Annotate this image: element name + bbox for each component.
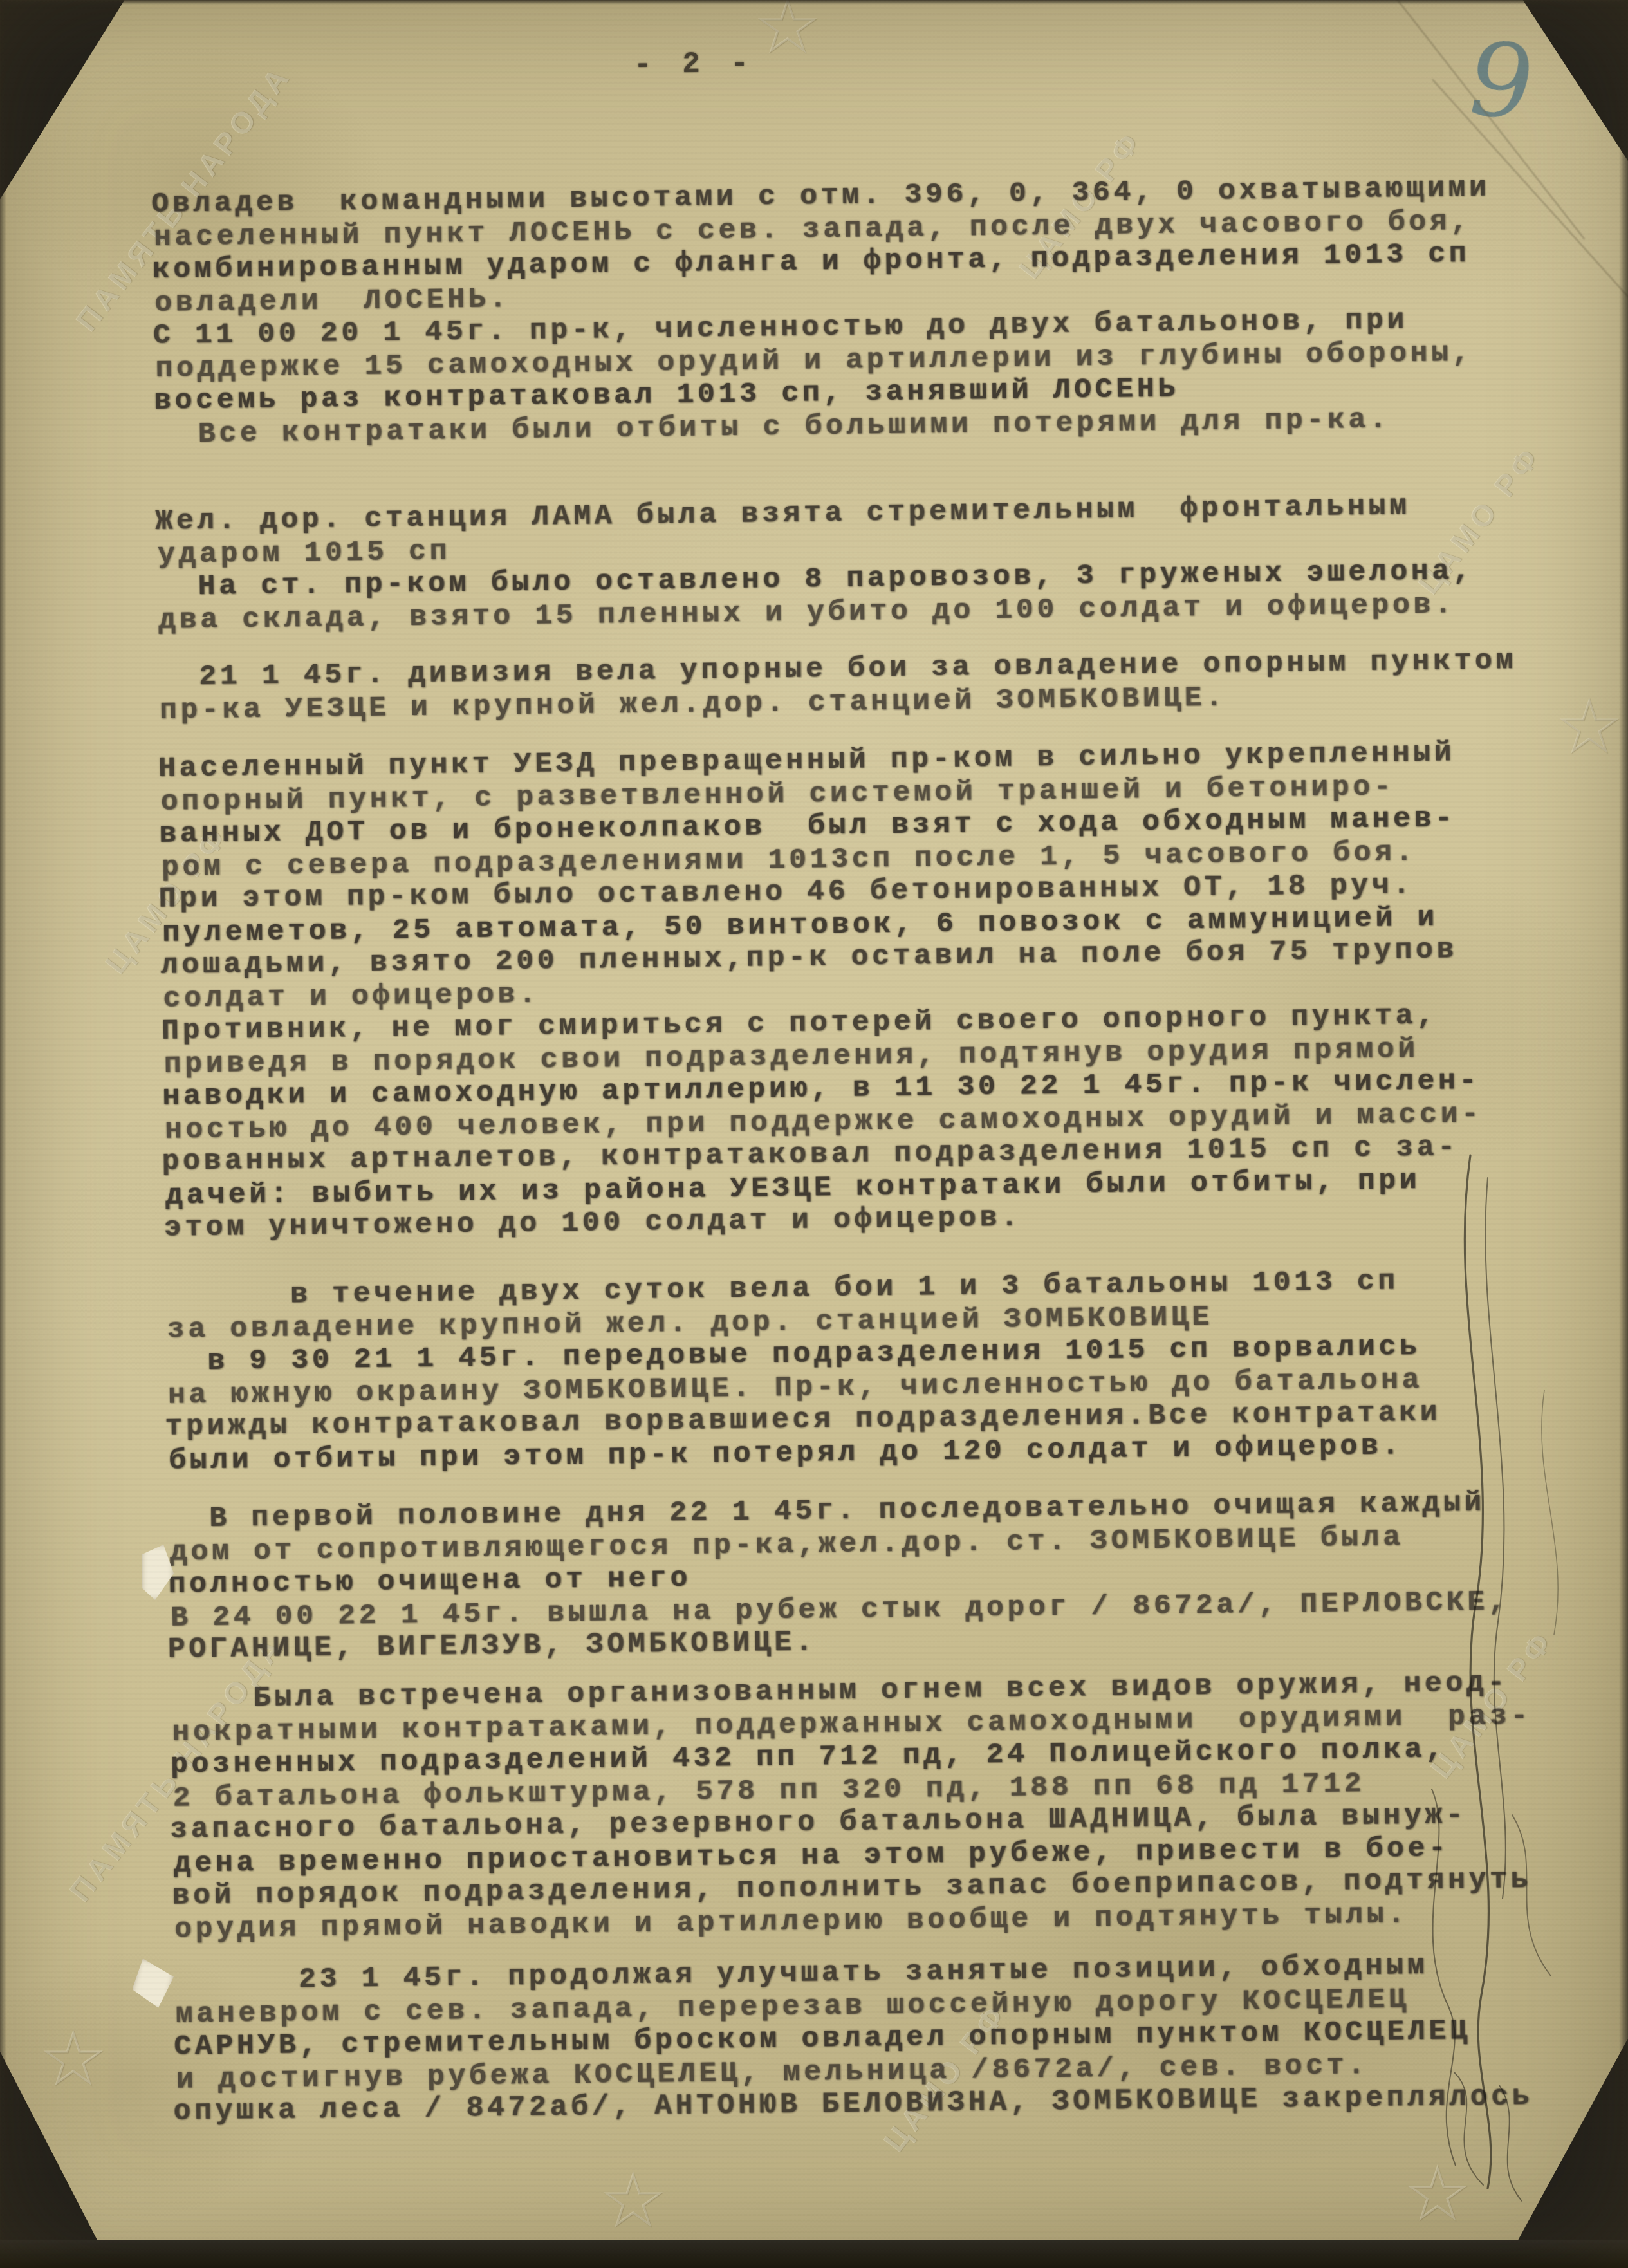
paragraph: В первой половине дня 22 1 45г. последов… (167, 1485, 1611, 1666)
corner-shadow (0, 0, 126, 203)
scan-edge (0, 0, 1628, 5)
page-number: - 2 - (634, 47, 755, 82)
corner-shadow (1521, 0, 1628, 165)
paragraph: 21 1 45г. дивизия вела упорные бои за ов… (157, 644, 1599, 727)
paragraph: 23 1 45г. продолжая улучшать занятые поз… (173, 1947, 1616, 2128)
scan-edge (1619, 0, 1628, 2268)
scan-edge (0, 2240, 1628, 2268)
star-watermark-icon: ☆ (1403, 2156, 1472, 2233)
star-watermark-icon: ☆ (753, 0, 822, 66)
paragraph: Населенный пункт УЕЗД превращенный пр-ко… (158, 735, 1603, 1015)
paragraph: Противник, не мог смириться с потерей св… (162, 998, 1605, 1245)
scan-edge (0, 0, 6, 2268)
paragraph: С 11 00 20 1 45г. пр-к, численностью до … (153, 302, 1595, 451)
corner-shadow (0, 2047, 100, 2246)
star-watermark-icon: ☆ (39, 2021, 108, 2098)
paragraph: Была встречена организованным огнем всех… (169, 1665, 1614, 1945)
paragraph: Овладев командными высотами с отм. 396, … (151, 171, 1594, 319)
handwritten-page-number: 9 (1458, 28, 1544, 135)
paragraph: Жел. дор. станция ЛАМА была взята стреми… (155, 488, 1598, 637)
paper-tear (129, 1958, 176, 2012)
document-page: ПАМЯТЬ НАРОДА ПАМЯТЬ НАРОДА ЦАМО РФ ЦАМО… (0, 0, 1628, 2268)
star-watermark-icon: ☆ (598, 2162, 668, 2240)
document-scan: ПАМЯТЬ НАРОДА ПАМЯТЬ НАРОДА ЦАМО РФ ЦАМО… (0, 0, 1628, 2268)
document-text: Овладев командными высотами с отм. 396, … (151, 171, 1616, 2129)
paragraph: в течение двух суток вела бои 1 и 3 бата… (165, 1263, 1609, 1477)
